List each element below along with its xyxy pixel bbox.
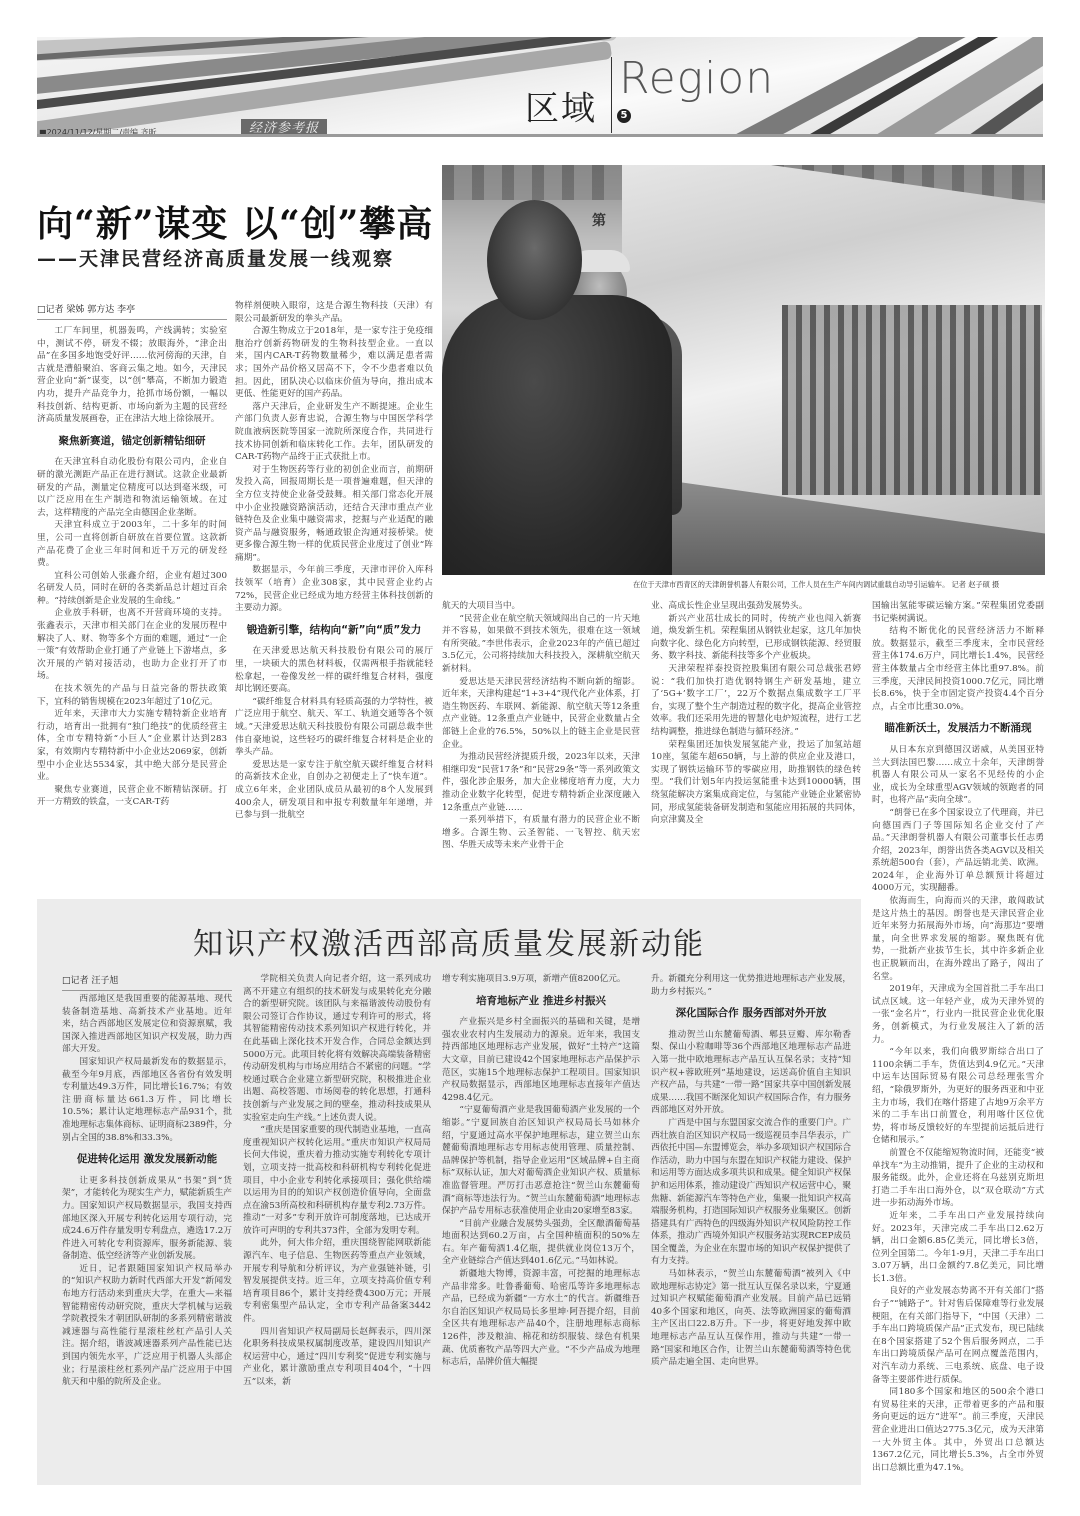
paragraph: “朗誉已在多个国家设立了代理商，并已向德国西门子等国际知名企业交付了产品。”天津… [872,807,1044,895]
paragraph: 爱思达是天津民营经济结构不断向新的缩影。近年来，天津构建起“1+3+4”现代化产… [442,676,640,752]
photo-worker [442,295,672,575]
paragraph: 产业振兴是乡村全面振兴的基础和关键，是增强农业农村内生发展动力的源泉。近年来，我… [442,1016,640,1104]
photo-worker-head [487,200,582,320]
paragraph: 工厂车间里，机器轰鸣，产线满转；实验室中，测试不停，研发不辍；放眼海外，“津企出… [37,325,227,426]
article-column-4: 业、高成长性企业呈现出强劲发展势头。 新兴产业茁壮成长的同时，传统产业也闯入新赛… [651,600,861,880]
boxed-column-3: 增专利实施项目3.9万项，新增产值8200亿元。 培育地标产业 推进乡村振兴 产… [442,973,640,1468]
paragraph: 落户天津后，企业研发生产不断提速。企业生产部门负责人彭育忠说，合源生物与中国医学… [235,401,433,464]
paragraph: 良好的产业发展态势离不开有关部门“搭台子”“铺路子”。针对售后保障难等行业发展梗… [872,1285,1044,1386]
paragraph: 在天津宜科自动化股份有限公司内，企业自研的激光测距产品正在进行测试。这款企业最新… [37,456,227,519]
paragraph: 学院相关负责人向记者介绍，这一系列成功离不开建立有组织的技术研发与成果转化充分融… [243,973,431,1124]
photo-sign: 第 [592,210,606,230]
page-number-badge: 5 [617,109,631,123]
paragraph: 同180多个国家和地区的500余个港口有贸易往来的天津，正带着更多的产品和服务向… [872,1386,1044,1474]
paragraph: 合源生物成立于2018年，是一家专注于免疫细胞治疗创新药物研发的生物科技型企业。… [235,325,433,401]
boxed-column-1: 西部地区是我国重要的能源基地、现代装备制造基地、高新技术产业基地。近年来，结合西… [62,993,232,1468]
article-column-5: 国输出氢能零碳运输方案。”荣程集团党委副书记柴树满说。 结构不断优化的民营经济活… [872,600,1044,1480]
paragraph: “碳纤维复合材料具有轻质高强的力学特性，被广泛应用于航空、航天、军工、轨道交通等… [235,696,433,759]
section-subheading: 锻造新引擎，结构向“新”向“质”发力 [235,624,433,637]
paragraph: 宜科公司创始人张鑫介绍，企业有超过300名研发人员，同时在研的各类新品总计超过百… [37,570,227,608]
paragraph: 依海而生，向海而兴的天津，敢闯敢试是这片热土的基因。朗誉也是天津民营企业近年来努… [872,895,1044,983]
paragraph: 在天津爱思达航天科技股份有限公司的展厅里，一块硕大的黑色材料板，仅需两根手指就能… [235,645,433,695]
paragraph: 近年来，天津市大力实施专精特新企业培育行动，培育出一批拥有“独门绝技”的优质经营… [37,708,227,784]
paragraph: 升。新疆充分利用这一优势推进地理标志产业发展，助力乡村振兴。” [651,973,851,998]
paragraph: 爱思达是一家专注于航空航天碳纤维复合材料的高新技术企业，自创办之初便走上了“快车… [235,759,433,822]
paragraph: 四川省知识产权局副局长赵辉表示，四川深化职务科技成果权属制度改革，建设四川知识产… [243,1326,431,1389]
paragraph: 国家知识产权局最新发布的数据显示，截至今年9月底，西部地区各省份有效发明专利量达… [62,1056,232,1144]
paragraph: 西部地区是我国重要的能源基地、现代装备制造基地、高新技术产业基地。近年来，结合西… [62,993,232,1056]
section-divider [611,57,612,133]
paragraph: “民营企业在航空航天领域闯出自己的一片天地并不容易，如果做不到技术领先，很难在这… [442,613,640,676]
paragraph: 业、高成长性企业呈现出强劲发展势头。 [651,600,861,613]
paragraph: 2019年，天津成为全国首批二手车出口试点区域。这一年轻产业，成为天津外贸的一张… [872,983,1044,1046]
paragraph: 国输出氢能零碳运输方案。”荣程集团党委副书记柴树满说。 [872,600,1044,625]
paragraph: “目前产业融合发展势头强劲，全区酿酒葡萄基地面积达到60.2万亩，占全国种植面积… [442,1218,640,1268]
boxed-article-byline: □记者 汪子旭 [62,973,232,991]
paragraph: 增专利实施项目3.9万项，新增产值8200亿元。 [442,973,640,986]
masthead-banner: 区域 Region 5 ■2024/11/12/星期二/责编 齐昕 经济参考报 [37,37,1043,137]
paragraph: 推动贺兰山东麓葡萄酒、郫县豆瓣、库尔勒香梨、保山小粒咖啡等36个西部地区地理标志… [651,1029,851,1117]
section-subheading: 聚焦新赛道，锚定创新精钻细研 [37,435,227,448]
paragraph: 此外，何大伟介绍，重庆围绕智能网联新能源汽车、电子信息、生物医药等重点产业领域，… [243,1237,431,1325]
paragraph: 前置仓不仅能缩短物流时间，还能变“被单找车”为主动推销，提升了企业的主动权和服务… [872,1147,1044,1210]
paragraph: 聚焦专业赛道，民营企业不断精钻深研。打开一方精致的铁盒，一支CAR-T药 [37,784,227,809]
paragraph: 数据显示，今年前三季度，天津市评价入库科技领军（培育）企业308家，其中民营企业… [235,564,433,614]
section-title-cn: 区域 [525,81,597,130]
paragraph: 在技术领先的产品与日益完备的帮扶政策下，宜科的销售规模在2023年超过了10亿元… [37,683,227,708]
paragraph: 新兴产业茁壮成长的同时，传统产业也闯入新赛道，焕发新生机。荣程集团从钢铁业起家，… [651,613,861,663]
boxed-column-2: 学院相关负责人向记者介绍，这一系列成功离不开建立有组织的技术研发与成果转化充分融… [243,973,431,1468]
paragraph: 马如林表示，“贺兰山东麓葡萄酒”被列入《中欧地理标志协定》第一批互认互保名录以来… [651,1268,851,1369]
article-column-3: 航天的大项目当中。 “民营企业在航空航天领域闯出自己的一片天地并不容易，如果做不… [442,600,640,880]
article-headline: 向“新”谋变 以“创”攀高 [37,196,433,247]
article-column-2: 物样剂便映入眼帘，这是合源生物科技（天津）有限公司最新研发的拳头产品。 合源生物… [235,300,433,880]
paragraph: 结构不断优化的民营经济活力不断释放。数据显示，截至三季度末，全市民营经营主体17… [872,625,1044,713]
article-byline: □记者 梁姊 郭方达 李亭 [37,302,227,320]
photo-control-panel [782,305,1042,495]
paragraph: 天津荣程祥泰投资控股集团有限公司总裁张君婷说：“我们加快打造优钢特钢生产研发基地… [651,663,861,739]
section-title-en: Region [619,53,774,104]
paragraph: 广西是中国与东盟国家交流合作的重要门户。广西壮族自治区知识产权局一级巡视员李吕华… [651,1117,851,1268]
paragraph: 从日本东京到德国汉诺威，从美国亚特兰大到法国巴黎……成立十余年，天津朗誉机器人有… [872,744,1044,807]
paragraph: 航天的大项目当中。 [442,600,640,613]
paragraph: “宁夏葡萄酒产业是我国葡萄酒产业发展的一个缩影。”宁夏回族自治区知识产权局局长马… [442,1104,640,1217]
paragraph: 物样剂便映入眼帘，这是合源生物科技（天津）有限公司最新研发的拳头产品。 [235,300,433,325]
masthead-rule [37,134,1043,137]
paragraph: 对于生物医药等行业的初创企业而言，前期研发投入高，回报周期长是一项普遍难题，但天… [235,464,433,565]
section-subheading: 促进转化运用 激发发展新动能 [62,1153,232,1166]
photo-caption: 在位于天津市西青区的天津朗誉机器人有限公司，工作人员在生产车间内调试重载自动导引… [633,580,1045,590]
paragraph: 新疆地大物博，资源丰富，可挖掘的地理标志产品非常多。吐鲁番葡萄、哈密瓜等许多地理… [442,1268,640,1369]
paragraph: 荣程集团还加快发展氢能产业，投运了加氢站超10座，氢能车超650辆，与上游的供应… [651,739,861,827]
section-subheading: 深化国际合作 服务西部对外开放 [651,1007,851,1020]
news-photo: 第 [442,165,1045,575]
section-subheading: 培育地标产业 推进乡村振兴 [442,995,640,1008]
paragraph: 一系列举措下，有质量有潜力的民营企业不断增多。合源生物、云圣智能、一飞智控、航天… [442,814,640,852]
paragraph: “今年以来，我们向俄罗斯综合出口了1100余辆二手车，货值达到4.9亿元。”天津… [872,1046,1044,1147]
paragraph: 近日，记者跟随国家知识产权局举办的“知识产权助力新时代西部大开发”新闻发布地方行… [62,1263,232,1389]
section-subheading: 瞄准新沃土，发展活力不断涌现 [872,722,1044,735]
paragraph: 天津宜科成立于2003年，二十多年的时间里，公司一直将创新自研放在首要位置。这款… [37,519,227,569]
paragraph: 近年来，二手车出口产业发展持续向好。2023年，天津完成二手车出口2.62万辆，… [872,1210,1044,1286]
boxed-article-headline: 知识产权激活西部高质量发展新动能 [37,919,861,963]
paragraph: 让更多科技创新成果从“书架”到“货架”，才能转化为现实生产力，赋能新质生产力。国… [62,1175,232,1263]
paragraph: 为推动民营经济提质升级，2023年以来，天津相继印发“民营17条”和“民营29条… [442,751,640,814]
article-subheadline: ——天津民营经济高质量发展一线观察 [37,244,394,271]
boxed-column-4: 升。新疆充分利用这一优势推进地理标志产业发展，助力乡村振兴。” 深化国际合作 服… [651,973,851,1468]
paragraph: 企业放手科研，也离不开营商环境的支持。张鑫表示，天津市相关部门在企业的发展历程中… [37,607,227,683]
article-column-1: 工厂车间里，机器轰鸣，产线满转；实验室中，测试不停，研发不辍；放眼海外，“津企出… [37,325,227,880]
paragraph: “重庆是国家重要的现代制造业基地，一直高度重视知识产权转化运用。”重庆市知识产权… [243,1124,431,1237]
